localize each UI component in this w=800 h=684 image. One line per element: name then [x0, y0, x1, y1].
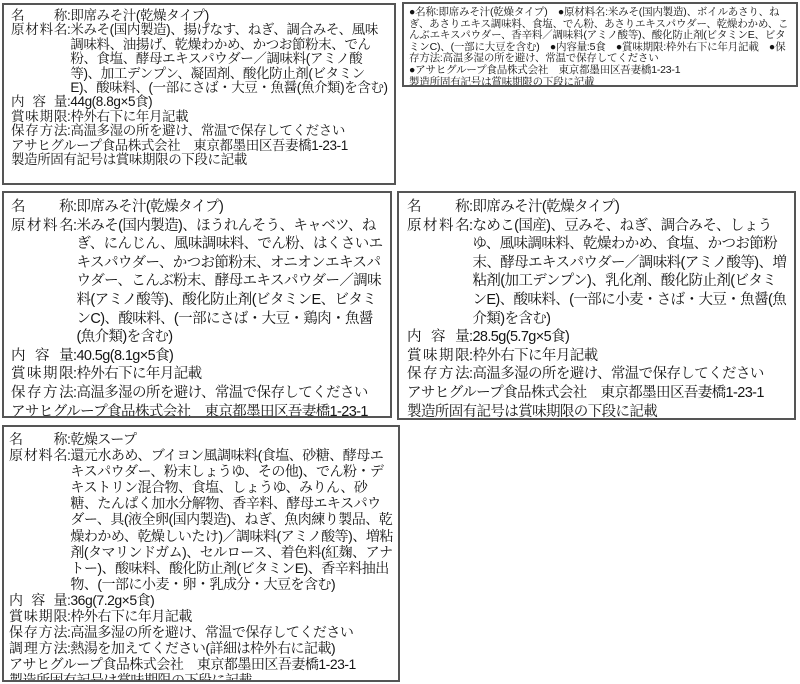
field-value-ingredients: 米みそ(国内製造)、揚げなす、ねぎ、調合みそ、風味調味料、油揚げ、乾燥わかめ、か…: [70, 23, 389, 95]
bulleted-body-text: ●名称:即席みそ汁(乾燥タイプ) ●原材料名:米みそ(国内製造)、ボイルあさり、…: [409, 7, 792, 65]
field-value-name: 即席みそ汁(乾燥タイプ): [76, 198, 386, 217]
field-value-storage: 高温多湿の所を避け、常温で保存してください: [70, 124, 389, 138]
field-value-net-content: 36g(7.2g×5食): [70, 592, 393, 608]
field-label-storage: 保存方法: [11, 124, 67, 138]
maker-line: アサヒグループ食品株式会社 東京都墨田区吾妻橋1-23-1: [11, 403, 386, 418]
row-best-before: 賞味期限:枠外右下に年月記載: [407, 347, 789, 366]
maker-line: アサヒグループ食品株式会社 東京都墨田区吾妻橋1-23-1: [9, 656, 393, 672]
row-storage: 保存方法:高温多湿の所を避け、常温で保存してください: [11, 384, 386, 403]
field-label-net-content: 内容量: [11, 347, 73, 366]
row-storage: 保存方法:高温多湿の所を避け、常温で保存してください: [9, 624, 393, 640]
row-preparation: 調理方法:熱湯を加えてください(詳細は枠外右に記載): [9, 640, 393, 656]
row-product-name: 名称:乾燥スープ: [9, 431, 393, 447]
label-box-instant-miso-vegetables: 名称:即席みそ汁(乾燥タイプ) 原材料名:米みそ(国内製造)、ほうれんそう、キャ…: [2, 191, 392, 418]
field-label-storage: 保存方法: [9, 624, 67, 640]
row-ingredients: 原材料名:米みそ(国内製造)、揚げなす、ねぎ、調合みそ、風味調味料、油揚げ、乾燥…: [11, 23, 389, 95]
field-value-ingredients: 還元水あめ、ブイヨン風調味料(食塩、砂糖、酵母エキスパウダー、粉末しょうゆ、その…: [70, 447, 393, 592]
factory-code-note: 製造所固有記号は賞味期限の下段に記載: [9, 672, 393, 682]
maker-line: アサヒグループ食品株式会社 東京都墨田区吾妻橋1-23-1: [11, 139, 389, 153]
field-value-ingredients: なめこ(国産)、豆みそ、ねぎ、調合みそ、しょうゆ、風味調味料、乾燥わかめ、食塩、…: [472, 217, 789, 329]
field-value-name: 即席みそ汁(乾燥タイプ): [472, 198, 789, 217]
field-value-storage: 高温多湿の所を避け、常温で保存してください: [76, 384, 386, 403]
label-box-instant-miso-clam: ●名称:即席みそ汁(乾燥タイプ) ●原材料名:米みそ(国内製造)、ボイルあさり、…: [402, 2, 798, 87]
row-ingredients: 原材料名:なめこ(国産)、豆みそ、ねぎ、調合みそ、しょうゆ、風味調味料、乾燥わか…: [407, 217, 789, 329]
field-label-ingredients: 原材料名: [9, 447, 67, 463]
field-value-best-before: 枠外右下に年月記載: [76, 365, 386, 384]
label-box-instant-miso-nameko: 名称:即席みそ汁(乾燥タイプ) 原材料名:なめこ(国産)、豆みそ、ねぎ、調合みそ…: [397, 191, 796, 420]
factory-code-note: 製造所固有記号は賞味期限の下段に記載: [11, 153, 389, 167]
factory-code-note: 製造所固有記号は賞味期限の下段に記載: [409, 77, 792, 87]
field-label-best-before: 賞味期限: [9, 608, 67, 624]
field-label-net-content: 内容量: [9, 592, 67, 608]
row-net-content: 内容量:28.5g(5.7g×5食): [407, 328, 789, 347]
field-label-name: 名称: [407, 198, 469, 217]
factory-code-note: 製造所固有記号は賞味期限の下段に記載: [407, 403, 789, 420]
field-label-name: 名称: [11, 198, 73, 217]
maker-line: アサヒグループ食品株式会社 東京都墨田区吾妻橋1-23-1: [407, 384, 789, 403]
field-value-best-before: 枠外右下に年月記載: [70, 608, 393, 624]
field-label-best-before: 賞味期限: [11, 365, 73, 384]
label-box-instant-miso-eggplant: 名称:即席みそ汁(乾燥タイプ) 原材料名:米みそ(国内製造)、揚げなす、ねぎ、調…: [2, 3, 396, 185]
label-box-dried-soup: 名称:乾燥スープ 原材料名:還元水あめ、ブイヨン風調味料(食塩、砂糖、酵母エキス…: [2, 425, 400, 682]
field-value-ingredients: 米みそ(国内製造)、ほうれんそう、キャベツ、ねぎ、にんじん、風味調味料、でん粉、…: [76, 217, 386, 347]
field-label-ingredients: 原材料名: [407, 217, 469, 236]
field-label-preparation: 調理方法: [9, 640, 67, 656]
field-value-net-content: 28.5g(5.7g×5食): [472, 328, 789, 347]
row-net-content: 内容量:40.5g(8.1g×5食): [11, 347, 386, 366]
field-value-name: 乾燥スープ: [70, 431, 393, 447]
row-product-name: 名称:即席みそ汁(乾燥タイプ): [407, 198, 789, 217]
field-label-storage: 保存方法: [407, 365, 469, 384]
field-value-storage: 高温多湿の所を避け、常温で保存してください: [70, 624, 393, 640]
row-net-content: 内容量:44g(8.8g×5食): [11, 95, 389, 109]
field-label-name: 名称: [9, 431, 67, 447]
row-net-content: 内容量:36g(7.2g×5食): [9, 592, 393, 608]
row-ingredients: 原材料名:還元水あめ、ブイヨン風調味料(食塩、砂糖、酵母エキスパウダー、粉末しょ…: [9, 447, 393, 592]
row-ingredients: 原材料名:米みそ(国内製造)、ほうれんそう、キャベツ、ねぎ、にんじん、風味調味料…: [11, 217, 386, 347]
field-value-storage: 高温多湿の所を避け、常温で保存してください: [472, 365, 789, 384]
field-value-net-content: 44g(8.8g×5食): [70, 95, 389, 109]
row-best-before: 賞味期限:枠外右下に年月記載: [9, 608, 393, 624]
field-value-net-content: 40.5g(8.1g×5食): [76, 347, 386, 366]
row-product-name: 名称:即席みそ汁(乾燥タイプ): [11, 198, 386, 217]
maker-line: ●アサヒグループ食品株式会社 東京都墨田区吾妻橋1-23-1: [409, 65, 792, 77]
field-value-preparation: 熱湯を加えてください(詳細は枠外右に記載): [70, 640, 393, 656]
field-label-storage: 保存方法: [11, 384, 73, 403]
row-storage: 保存方法:高温多湿の所を避け、常温で保存してください: [407, 365, 789, 384]
field-label-ingredients: 原材料名: [11, 23, 67, 37]
field-label-net-content: 内容量: [407, 328, 469, 347]
field-value-best-before: 枠外右下に年月記載: [472, 347, 789, 366]
field-label-best-before: 賞味期限: [407, 347, 469, 366]
row-best-before: 賞味期限:枠外右下に年月記載: [11, 365, 386, 384]
field-label-net-content: 内容量: [11, 95, 67, 109]
row-storage: 保存方法:高温多湿の所を避け、常温で保存してください: [11, 124, 389, 138]
field-label-ingredients: 原材料名: [11, 217, 73, 236]
